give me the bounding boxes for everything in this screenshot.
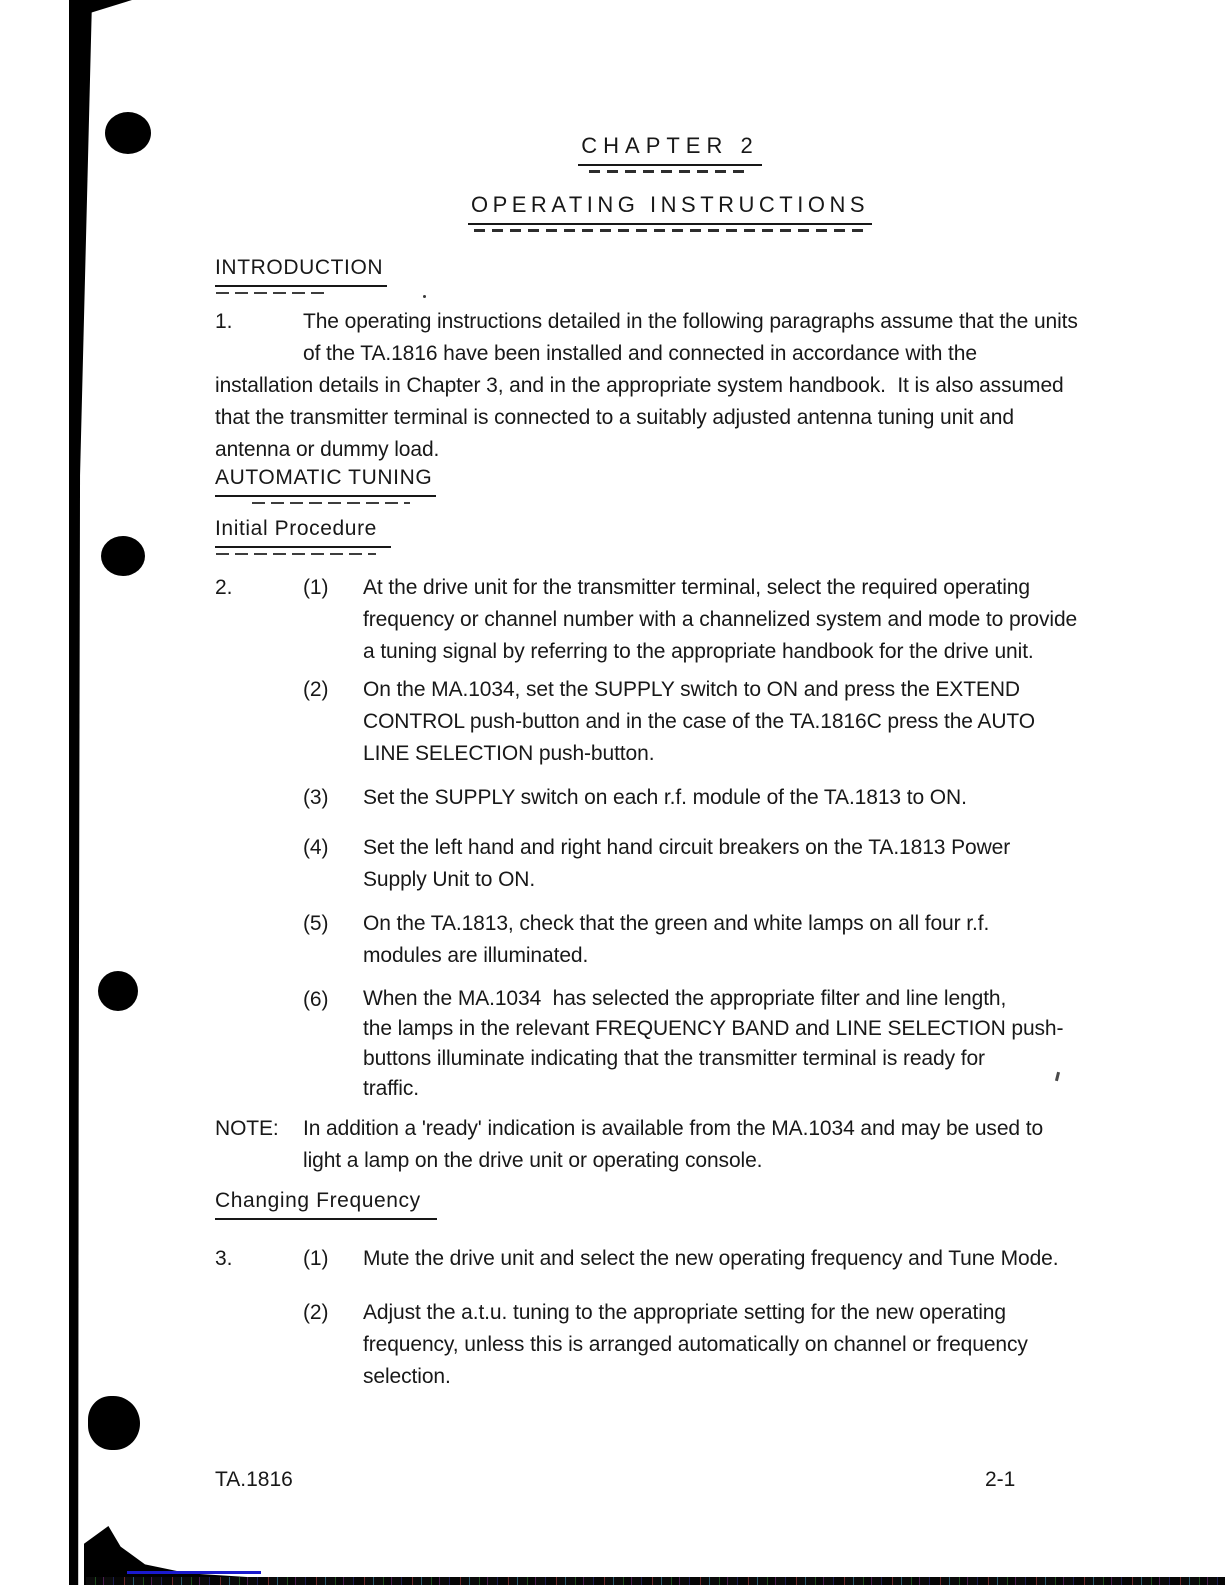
text-line: installation details in Chapter 3, and i… [215,370,1064,402]
text-line: selection. [363,1361,451,1393]
scan-noise-strip [86,1577,1225,1585]
paragraph-number: 2. [215,572,232,604]
initial-procedure-dashed-underline [216,553,376,555]
section-heading-introduction: INTRODUCTION [215,256,387,287]
step-label: (1) [303,572,328,604]
introduction-dashed-underline [216,292,328,294]
section-heading-automatic-tuning: AUTOMATIC TUNING [215,466,436,497]
scanned-manual-page: { "colors": {"ink": "#181818", "page_bac… [0,0,1225,1585]
text-line: CONTROL push-button and in the case of t… [363,706,1035,738]
text-line: The operating instructions detailed in t… [303,306,1078,338]
paragraph-number: 1. [215,306,232,338]
footer-doc-ref: TA.1816 [215,1468,293,1492]
step-label: (5) [303,908,328,940]
text-line: Supply Unit to ON. [363,864,535,896]
binding-edge-bar [69,0,92,1585]
chapter-heading-dashed-underline [589,170,751,173]
ink-speck [1055,1072,1060,1081]
text-line: that the transmitter terminal is connect… [215,402,1014,434]
text-line: On the MA.1034, set the SUPPLY switch to… [363,674,1020,706]
text-line: the lamps in the relevant FREQUENCY BAND… [363,1014,1063,1044]
text-line: frequency or channel number with a chann… [363,604,1077,636]
text-line: LINE SELECTION push-button. [363,738,654,770]
page-title-dashed-underline [474,229,866,232]
hole-punch-mark [88,1396,140,1450]
text-line: frequency, unless this is arranged autom… [363,1329,1028,1361]
binding-edge-wedge [90,0,132,13]
chapter-heading-block: CHAPTER 2 [215,133,1125,173]
hole-punch-mark [98,971,138,1011]
step-label: (1) [303,1243,328,1275]
text-line: At the drive unit for the transmitter te… [363,572,1030,604]
text-line: When the MA.1034 has selected the approp… [363,984,1006,1014]
footer-page-number: 2-1 [985,1468,1015,1492]
subsection-heading-changing-frequency: Changing Frequency [215,1189,437,1220]
text-line: Set the left hand and right hand circuit… [363,832,1010,864]
step-label: (6) [303,984,328,1016]
text-line: antenna or dummy load. [215,434,439,466]
ink-speck [423,295,426,298]
text-line: Set the SUPPLY switch on each r.f. modul… [363,782,967,814]
text-line: modules are illuminated. [363,940,588,972]
hole-punch-mark [105,112,151,154]
note-label: NOTE: [215,1113,279,1145]
text-line: buttons illuminate indicating that the t… [363,1044,985,1074]
step-label: (3) [303,782,328,814]
blue-line-artifact [127,1571,261,1574]
chapter-heading: CHAPTER 2 [578,133,761,166]
step-label: (2) [303,674,328,706]
text-line: Adjust the a.t.u. tuning to the appropri… [363,1297,1006,1329]
text-line: On the TA.1813, check that the green and… [363,908,989,940]
text-line: Mute the drive unit and select the new o… [363,1243,1058,1275]
text-line: a tuning signal by referring to the appr… [363,636,1034,668]
text-line: traffic. [363,1074,419,1104]
hole-punch-mark [101,536,145,576]
page-title-block: OPERATING INSTRUCTIONS [215,192,1125,232]
text-line: In addition a 'ready' indication is avai… [303,1113,1043,1145]
subsection-heading-initial-procedure: Initial Procedure [215,517,391,548]
step-label: (4) [303,832,328,864]
text-line: light a lamp on the drive unit or operat… [303,1145,762,1177]
text-line: of the TA.1816 have been installed and c… [303,338,977,370]
step-label: (2) [303,1297,328,1329]
page-title: OPERATING INSTRUCTIONS [468,192,872,225]
automatic-tuning-dashed-underline [252,502,410,504]
paragraph-number: 3. [215,1243,232,1275]
